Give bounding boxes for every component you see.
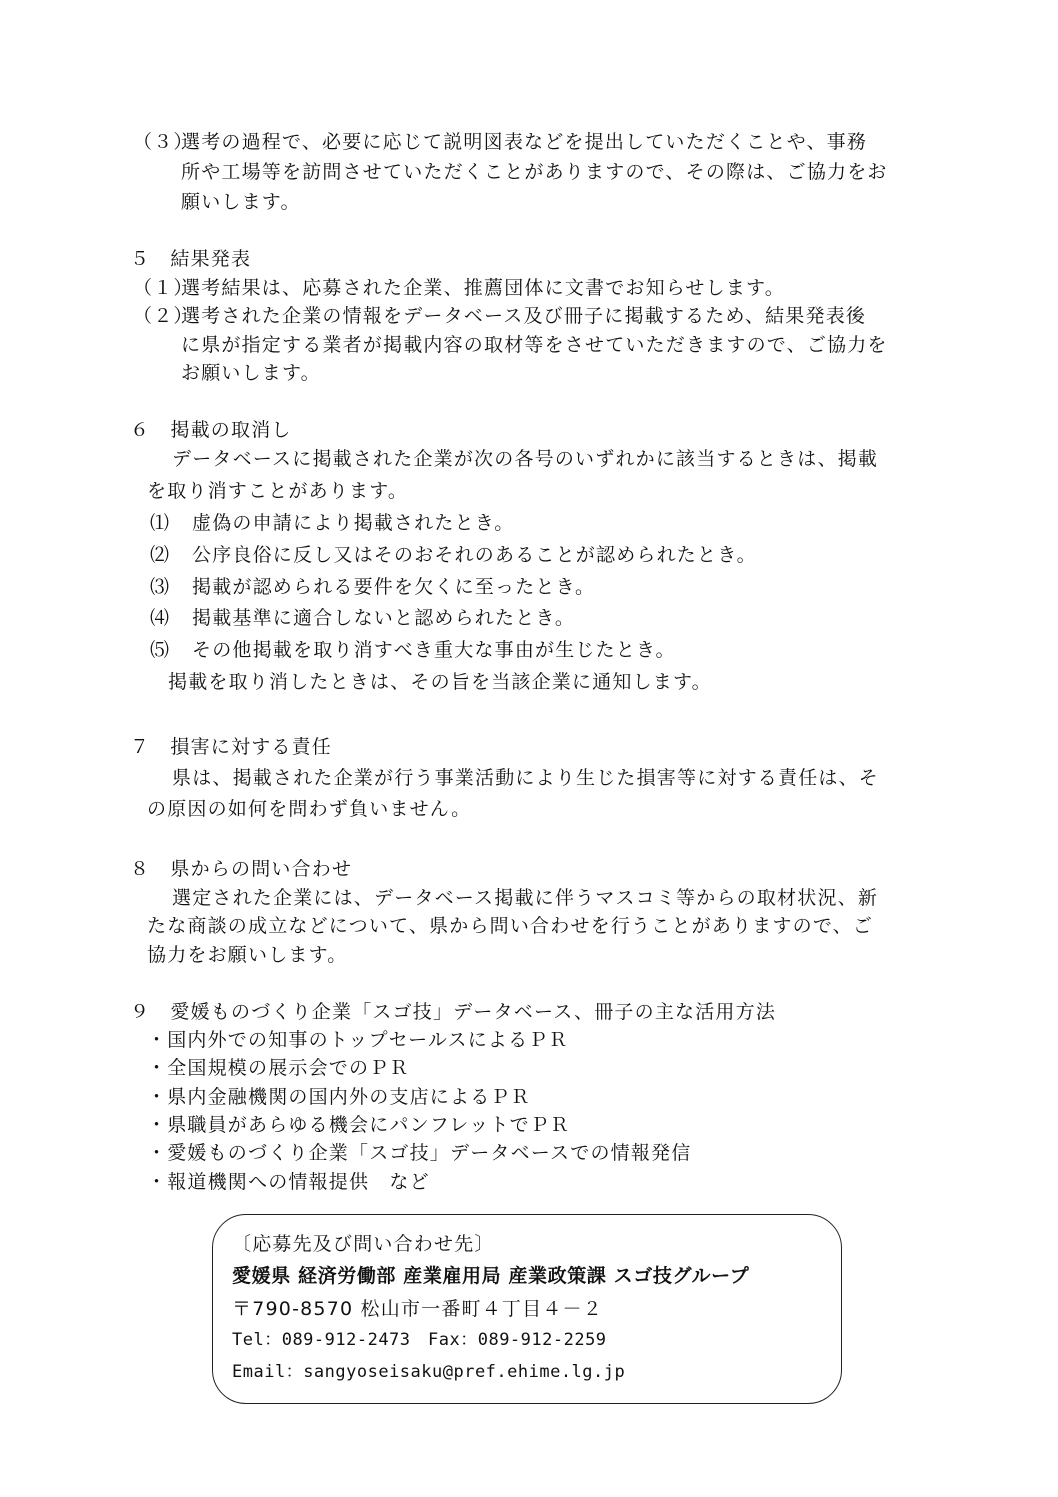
list-item: 虚偽の申請により掲載されたとき。 xyxy=(192,511,514,535)
list-item: 掲載が認められる要件を欠くに至ったとき。 xyxy=(192,575,595,599)
list-marker: ⑴ xyxy=(150,511,170,535)
paragraph-line: 選考の過程で、必要に応じて説明図表などを提出していただくことや、事務 xyxy=(181,130,867,154)
bullet-item: ・国内外での知事のトップセールスによるＰＲ xyxy=(147,1028,569,1052)
list-marker: ⑵ xyxy=(150,543,170,567)
list-item: 公序良俗に反し又はそのおそれのあることが認められたとき。 xyxy=(192,543,757,567)
contact-address: 〒790-8570 松山市一番町４丁目４－２ xyxy=(232,1297,603,1321)
paragraph-line: 選考された企業の情報をデータベース及び冊子に掲載するため、結果発表後 xyxy=(181,304,866,328)
list-item: 掲載基準に適合しないと認められたとき。 xyxy=(192,606,575,630)
email-link[interactable]: sangyoseisaku@pref.ehime.lg.jp xyxy=(303,1362,625,1382)
paragraph-line: 掲載を取り消したときは、その旨を当該企業に通知します。 xyxy=(168,670,712,694)
paragraph-line: データベースに掲載された企業が次の各号のいずれかに該当するときは、掲載 xyxy=(172,447,878,471)
section-heading-9: ９ 愛媛ものづくり企業「スゴ技」データベース、冊子の主な活用方法 xyxy=(130,1000,776,1024)
list-marker: ⑷ xyxy=(150,606,170,630)
paragraph-line: 所や工場等を訪問させていただくことがありますので、その際は、ご協力をお xyxy=(181,160,888,184)
email-label: Email： xyxy=(232,1362,303,1382)
paragraph-line: 願いします。 xyxy=(181,190,301,214)
paragraph-line: 協力をお願いします。 xyxy=(147,943,347,967)
list-marker: ⑸ xyxy=(150,638,170,662)
section-heading-5: ５ 結果発表 xyxy=(130,247,251,271)
paragraph-line: 県は、掲載された企業が行う事業活動により生じた損害等に対する責任は、そ xyxy=(172,766,879,790)
paragraph-line: 選考結果は、応募された企業、推薦団体に文書でお知らせします。 xyxy=(181,276,785,300)
paragraph-line: お願いします。 xyxy=(181,361,321,385)
contact-organization: 愛媛県 経済労働部 産業雇用局 産業政策課 スゴ技グループ xyxy=(232,1264,749,1288)
paragraph-line: たな商談の成立などについて、県から問い合わせを行うことがありますので、ご xyxy=(147,914,873,938)
bullet-item: ・県職員があらゆる機会にパンフレットでＰＲ xyxy=(147,1113,570,1137)
section-heading-8: ８ 県からの問い合わせ xyxy=(130,857,352,881)
list-item: その他掲載を取り消すべき重大な事由が生じたとき。 xyxy=(192,638,676,662)
paragraph-line: を取り消すことがあります。 xyxy=(147,479,408,503)
contact-tel-fax: Tel：089-912-2473 Fax：089-912-2259 xyxy=(232,1328,607,1352)
contact-email-row: Email：sangyoseisaku@pref.ehime.lg.jp xyxy=(232,1360,625,1384)
paragraph-line: 選定された企業には、データベース掲載に伴うマスコミ等からの取材状況、新 xyxy=(172,886,878,910)
section-heading-7: ７ 損害に対する責任 xyxy=(130,735,332,759)
list-marker: ⑶ xyxy=(150,575,170,599)
paragraph-line: に県が指定する業者が掲載内容の取材等をさせていただきますので、ご協力を xyxy=(181,333,888,357)
bullet-item: ・愛媛ものづくり企業「スゴ技」データベースでの情報発信 xyxy=(147,1141,691,1165)
bullet-item: ・全国規模の展示会でのＰＲ xyxy=(147,1056,410,1080)
bullet-item: ・県内金融機関の国内外の支店によるＰＲ xyxy=(147,1085,531,1109)
bullet-item: ・報道機関への情報提供 など xyxy=(147,1170,430,1194)
paragraph-line: の原因の如何を問わず負いません。 xyxy=(147,797,471,821)
section-heading-6: ６ 掲載の取消し xyxy=(130,418,292,442)
contact-title: 〔応募先及び問い合わせ先〕 xyxy=(232,1232,495,1256)
